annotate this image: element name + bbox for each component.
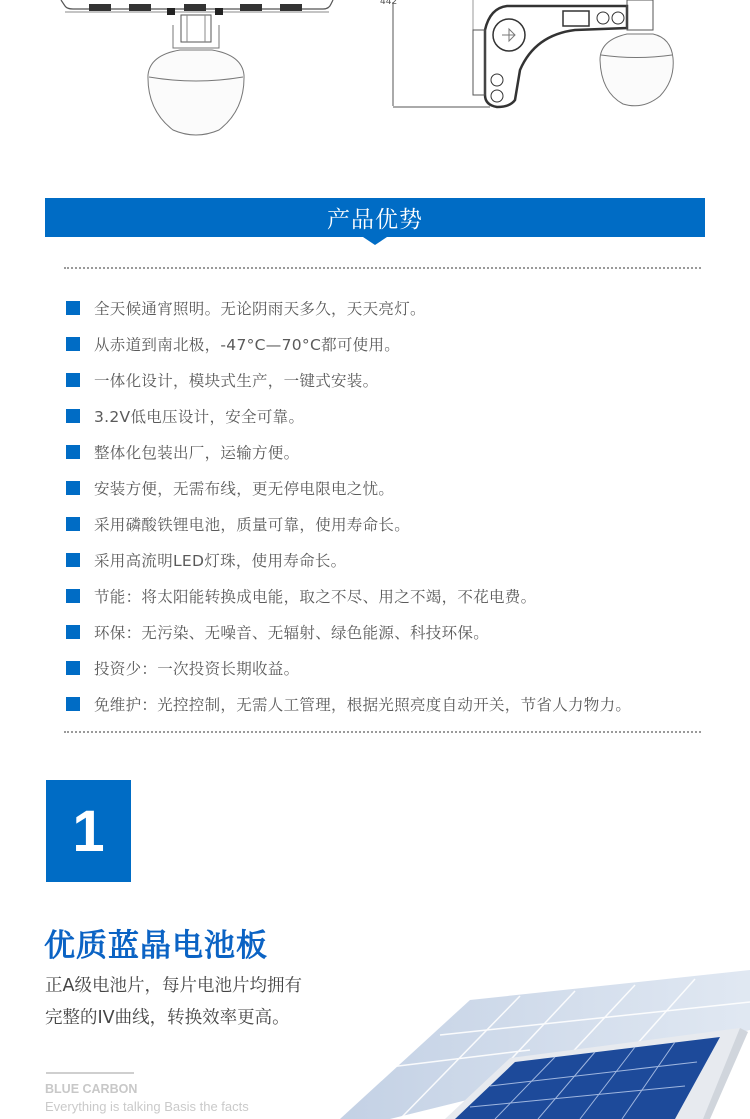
list-item: 免维护：光控控制，无需人工管理，根据光照亮度自动开关，节省人力物力。 — [66, 686, 726, 722]
square-bullet-icon — [66, 409, 80, 423]
square-bullet-icon — [66, 301, 80, 315]
square-bullet-icon — [66, 661, 80, 675]
brand-slogan: Everything is talking Basis the facts — [45, 1099, 249, 1114]
section-description: 正A级电池片，每片电池片均拥有 完整的IV曲线，转换效率更高。 — [45, 970, 345, 1034]
square-bullet-icon — [66, 445, 80, 459]
square-bullet-icon — [66, 589, 80, 603]
solar-panel-image — [330, 950, 750, 1119]
square-bullet-icon — [66, 697, 80, 711]
square-bullet-icon — [66, 373, 80, 387]
list-item: 3.2V低电压设计，安全可靠。 — [66, 398, 726, 434]
section-title: 优质蓝晶电池板 — [44, 920, 268, 965]
section-number-badge: 1 — [46, 780, 131, 882]
list-item: 全天候通宵照明。无论阴雨天多久，天天亮灯。 — [66, 290, 726, 326]
list-item: 一体化设计，模块式生产，一键式安装。 — [66, 362, 726, 398]
square-bullet-icon — [66, 481, 80, 495]
square-bullet-icon — [66, 517, 80, 531]
banner-notch-arrow-icon — [363, 237, 387, 245]
brand-divider — [46, 1072, 134, 1074]
list-item: 环保：无污染、无噪音、无辐射、绿色能源、科技环保。 — [66, 614, 726, 650]
list-item: 投资少：一次投资长期收益。 — [66, 650, 726, 686]
divider-top — [64, 267, 701, 269]
list-item: 节能：将太阳能转换成电能，取之不尽、用之不竭，不花电费。 — [66, 578, 726, 614]
square-bullet-icon — [66, 337, 80, 351]
square-bullet-icon — [66, 625, 80, 639]
front-view-drawing — [55, 0, 345, 145]
product-drawings: 442 — [0, 0, 750, 160]
side-view-drawing: 442 — [375, 0, 750, 115]
advantages-banner: 产品优势 — [45, 198, 705, 237]
advantages-list: 全天候通宵照明。无论阴雨天多久，天天亮灯。 从赤道到南北极，-47°C—70°C… — [66, 290, 726, 722]
list-item: 整体化包装出厂，运输方便。 — [66, 434, 726, 470]
brand-name: BLUE CARBON — [45, 1082, 137, 1096]
list-item: 采用高流明LED灯珠，使用寿命长。 — [66, 542, 726, 578]
list-item: 采用磷酸铁锂电池，质量可靠，使用寿命长。 — [66, 506, 726, 542]
list-item: 安装方便，无需布线，更无停电限电之忧。 — [66, 470, 726, 506]
square-bullet-icon — [66, 553, 80, 567]
advantages-title: 产品优势 — [327, 201, 423, 234]
section-number: 1 — [72, 798, 104, 865]
dimension-label: 442 — [380, 0, 397, 7]
list-item: 从赤道到南北极，-47°C—70°C都可使用。 — [66, 326, 726, 362]
divider-bottom — [64, 731, 701, 733]
